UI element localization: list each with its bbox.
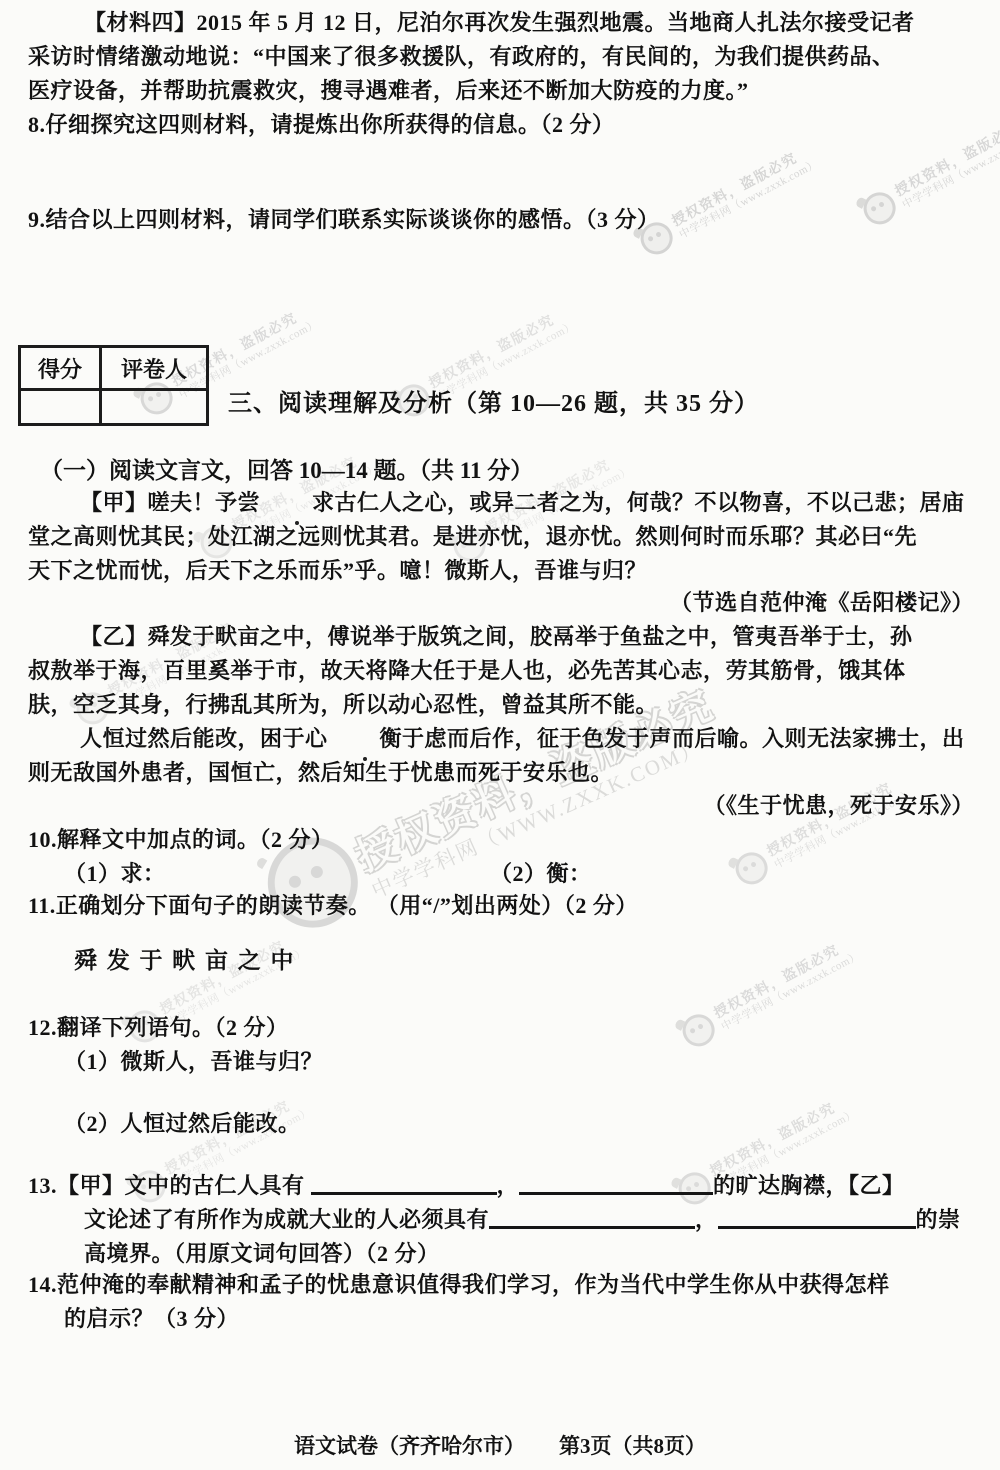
passage-yi-p2-line2: 则无敌国外患者，国恒亡，然后知生于忧患而死于安乐也。 xyxy=(28,756,978,790)
material4-line1: 【材料四】2015 年 5 月 12 日，尼泊尔再次发生强烈地震。当地商人扎法尔… xyxy=(28,6,978,40)
passage-yi-line2: 叔敖举于海，百里奚举于市，故天将降大任于是人也，必先苦其心志，劳其筋骨，饿其体 xyxy=(28,654,978,688)
q13-line1-text: 13.【甲】文中的古仁人具有 xyxy=(28,1173,311,1198)
q13-blank-2 xyxy=(519,1170,713,1195)
passage-jia: 【甲】嗟夫！予尝求古仁人之心，或异二者之为，何哉？不以物喜，不以己悲；居庙 堂之… xyxy=(28,486,978,588)
passage-yi-paragraph2: 人恒过然后能改，困于心衡于虑而后作，征于色发于声而后喻。入则无法家拂士，出 则无… xyxy=(28,722,978,790)
passage-jia-line3: 天下之忧而忧，后天下之乐而乐”乎。噫！微斯人，吾谁与归？ xyxy=(28,554,978,588)
part1-heading: （一）阅读文言文，回答 10—14 题。（共 11 分） xyxy=(40,452,533,485)
q13-comma: ， xyxy=(497,1173,520,1198)
q13-blank-1 xyxy=(311,1170,497,1195)
passage-yi-source: （《生于忧患，死于安乐》） xyxy=(703,789,974,823)
question-11: 11.正确划分下面句子的朗读节奏。 （用“/”划出两处）（2 分） 舜 发 于 … xyxy=(28,889,978,978)
passage-yi-line3: 肤，空乏其身，行拂乱其所为，所以动心忍性，曾益其所不能。 xyxy=(28,688,978,722)
passage-yi-p2-line1: 人恒过然后能改，困于心衡于虑而后作，征于色发于声而后喻。入则无法家拂士，出 xyxy=(28,722,978,756)
watermark-url: 中学学科网（www.zxxk.com） xyxy=(678,158,821,242)
q13-comma2: ， xyxy=(695,1207,718,1232)
question-8: 8.仔细探究这四则材料，请提炼出你所获得的信息。（2 分） xyxy=(28,108,978,142)
passage-jia-line1: 【甲】嗟夫！予尝求古仁人之心，或异二者之为，何哉？不以物喜，不以己悲；居庙 xyxy=(28,486,978,520)
question-14-line2: 的启示？（3 分） xyxy=(64,1302,978,1336)
q13-blank-4 xyxy=(718,1204,916,1229)
question-14: 14.范仲淹的奉献精神和孟子的忧患意识值得我们学习，作为当代中学生你从中获得怎样… xyxy=(28,1268,978,1336)
question-13-line3: 高境界。（用原文词句回答）（2 分） xyxy=(84,1237,988,1271)
passage-jia-line2: 堂之高则忧其民；处江湖之远则忧其君。是进亦忧，退亦忧。然则何时而乐耶？其必曰“先 xyxy=(28,520,978,554)
watermark-text: 授权资料，盗版必究 xyxy=(670,144,815,231)
footer-paper-title: 语文试卷（齐齐哈尔市） xyxy=(294,1430,525,1460)
q13-line2-tail: 的崇 xyxy=(916,1207,961,1232)
page-footer: 语文试卷（齐齐哈尔市） 第3页（共8页） xyxy=(0,1430,1000,1460)
q13-line1-tail: 的旷达胸襟，【乙】 xyxy=(713,1173,905,1198)
score-table: 得分 评卷人 xyxy=(18,345,209,426)
question-12: 12.翻译下列语句。（2 分） （1）微斯人，吾谁与归？ （2）人恒过然后能改。 xyxy=(28,1011,978,1141)
exam-paper-page: 授权资料，盗版必究中学学科网（www.zxxk.com） 授权资料，盗版必究中学… xyxy=(0,0,1000,1470)
jia-line1-pre: 【甲】嗟夫！予尝 xyxy=(80,490,260,515)
question-9: 9.结合以上四则材料，请同学们联系实际谈谈你的感悟。（3 分） xyxy=(28,203,660,237)
section3-heading: 三、阅读理解及分析（第 10—26 题，共 35 分） xyxy=(228,383,759,418)
question-14-line1: 14.范仲淹的奉献精神和孟子的忧患意识值得我们学习，作为当代中学生你从中获得怎样 xyxy=(28,1268,978,1302)
score-table-cell-score xyxy=(20,390,101,425)
question-13: 13.【甲】文中的古仁人具有 ，的旷达胸襟，【乙】 文论述了有所作为成就大业的人… xyxy=(28,1169,988,1271)
zxxk-logo-icon xyxy=(858,187,901,230)
passage-jia-source: （节选自范仲淹《岳阳楼记》） xyxy=(670,586,974,620)
watermark-stamp: 授权资料，盗版必究中学学科网（www.zxxk.com） xyxy=(635,141,821,260)
score-table-cell-grader xyxy=(101,390,208,425)
score-table-header-score: 得分 xyxy=(20,347,101,390)
question-12-stem: 12.翻译下列语句。（2 分） xyxy=(28,1011,978,1045)
question-10-item2: （2）衡： xyxy=(490,857,592,891)
yi-p2-line1-pre: 人恒过然后能改，困于心 xyxy=(80,726,328,751)
question-12-item2: （2）人恒过然后能改。 xyxy=(64,1107,978,1141)
footer-page-number: 第3页（共8页） xyxy=(559,1430,706,1460)
material4-paragraph: 【材料四】2015 年 5 月 12 日，尼泊尔再次发生强烈地震。当地商人扎法尔… xyxy=(28,6,978,142)
q13-blank-3 xyxy=(489,1204,695,1229)
q13-line2-text: 文论述了有所作为成就大业的人必须具有 xyxy=(84,1207,489,1232)
question-13-line2: 文论述了有所作为成就大业的人必须具有，的崇 xyxy=(84,1203,988,1237)
question-10-stem: 10.解释文中加点的词。（2 分） xyxy=(28,823,978,857)
passage-yi-paragraph1: 【乙】舜发于畎亩之中，傅说举于版筑之间，胶鬲举于鱼盐之中，管夷吾举于士，孙 叔敖… xyxy=(28,620,978,722)
material4-line2: 采访时情绪激动地说：“中国来了很多救援队，有政府的，有民间的，为我们提供药品、 xyxy=(28,40,978,74)
question-13-line1: 13.【甲】文中的古仁人具有 ，的旷达胸襟，【乙】 xyxy=(28,1169,988,1203)
jia-line1-post: 古仁人之心，或异二者之为，何哉？不以物喜，不以己悲；居庙 xyxy=(335,490,965,515)
watermark-text: 授权资料，盗版必究 xyxy=(427,306,572,393)
question-11-stem: 11.正确划分下面句子的朗读节奏。 （用“/”划出两处）（2 分） xyxy=(28,889,978,923)
question-11-sentence: 舜 发 于 畎 亩 之 中 xyxy=(74,944,978,978)
question-12-item1: （1）微斯人，吾谁与归？ xyxy=(64,1045,978,1079)
question-10-items: （1）求： （2）衡： xyxy=(28,857,978,891)
score-table-header-grader: 评卷人 xyxy=(101,347,208,390)
question-10-item1: （1）求： xyxy=(64,861,166,886)
material4-line3: 医疗设备，并帮助抗震救灾，搜寻遇难者，后来还不断加大防疫的力度。” xyxy=(28,74,978,108)
jia-dotted-char-qiu: 求 xyxy=(260,486,335,520)
yi-dotted-char-heng: 衡 xyxy=(328,722,403,756)
question-10: 10.解释文中加点的词。（2 分） （1）求： （2）衡： xyxy=(28,823,978,891)
passage-yi-line1: 【乙】舜发于畎亩之中，傅说举于版筑之间，胶鬲举于鱼盐之中，管夷吾举于士，孙 xyxy=(28,620,978,654)
yi-p2-line1-post: 于虑而后作，征于色发于声而后喻。入则无法家拂士，出 xyxy=(402,726,965,751)
